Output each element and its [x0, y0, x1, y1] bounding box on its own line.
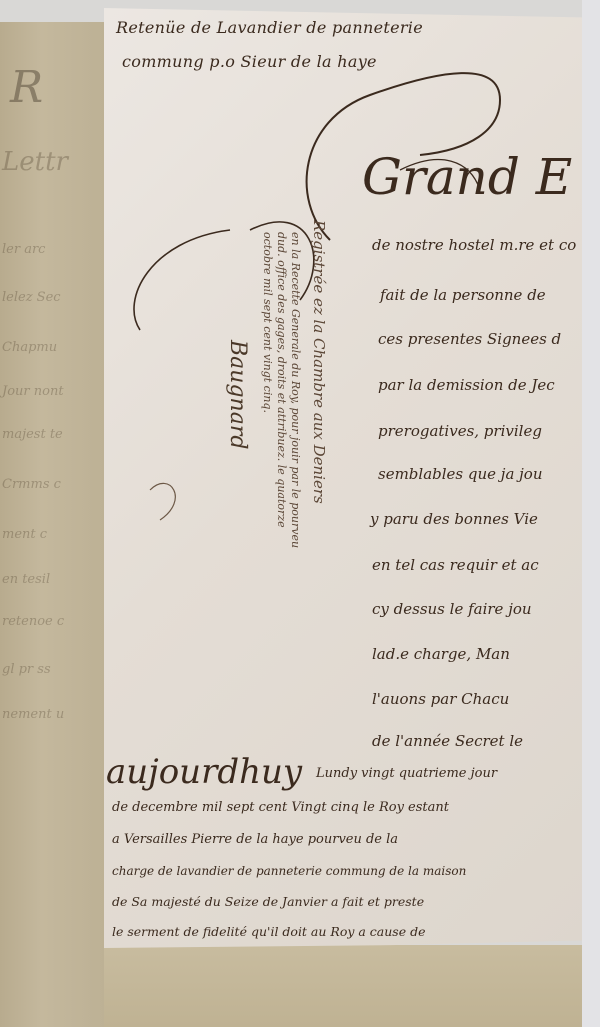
bottom-underlying-sheet — [104, 945, 582, 1027]
bottom-line: a Versailles Pierre de la haye pourveu d… — [112, 832, 398, 847]
header-line-1: Retenüe de Lavandier de panneterie — [116, 18, 423, 37]
background-edge — [582, 0, 600, 1027]
marginal-note-line: octobre mil sept cent vingt cinq. — [261, 232, 274, 413]
document-title: Grand E — [362, 148, 572, 206]
opening-word: aujourdhuy — [106, 752, 302, 792]
body-line: de nostre hostel m.re et co — [372, 236, 576, 254]
underlying-fragment: Crmms c — [2, 477, 61, 492]
bottom-line: de decembre mil sept cent Vingt cinq le … — [112, 800, 449, 815]
header-line-2: commung p.o Sieur de la haye — [122, 52, 377, 71]
signature: Baugnard — [225, 340, 250, 449]
body-line: fait de la personne de — [380, 286, 546, 304]
underlying-fragment: Jour nont — [2, 384, 64, 399]
body-line: prerogatives, privileg — [378, 422, 542, 440]
body-line: ces presentes Signees d — [378, 330, 561, 348]
underlying-fragment: gl pr ss — [2, 662, 51, 677]
body-line: lad.e charge, Man — [372, 645, 510, 663]
marginal-note-line: dud. office des gages, droits et attribu… — [275, 232, 288, 528]
marginal-note-line: en la Recette Generale du Roy, pour joui… — [289, 232, 302, 548]
underlying-fragment: Chapmu — [2, 340, 57, 355]
underlying-fragment: nement u — [2, 707, 64, 722]
bottom-line: de Sa majesté du Seize de Janvier a fait… — [112, 894, 424, 909]
bottom-line: le serment de fidelité qu'il doit au Roy… — [112, 924, 426, 939]
underlying-fragment: Lettr — [2, 147, 68, 177]
underlying-fragment: en tesil — [2, 572, 50, 587]
underlying-fragment: retenoe c — [2, 614, 64, 629]
underlying-sheet: R Lettr ler arc lelez Sec Chapmu Jour no… — [0, 22, 104, 1027]
body-line: de l'année Secret le — [372, 732, 523, 750]
body-line: l'auons par Chacu — [372, 690, 509, 708]
underlying-fragment: ment c — [2, 527, 47, 542]
underlying-fragment: majest te — [2, 427, 63, 442]
body-line: cy dessus le faire jou — [372, 600, 532, 618]
body-line: en tel cas requir et ac — [372, 556, 539, 574]
marginal-note-line: Registrée ez la Chambre aux Deniers — [310, 220, 328, 504]
body-line: y paru des bonnes Vie — [370, 510, 538, 528]
underlying-fragment: lelez Sec — [2, 290, 61, 305]
underlying-fragment: ler arc — [2, 242, 45, 257]
body-line: par la demission de Jec — [378, 376, 555, 394]
underlying-initial: R — [10, 62, 43, 113]
bottom-line: charge de lavandier de panneterie commun… — [112, 864, 466, 878]
body-line: semblables que ja jou — [378, 465, 543, 483]
bottom-line: Lundy vingt quatrieme jour — [316, 766, 497, 781]
